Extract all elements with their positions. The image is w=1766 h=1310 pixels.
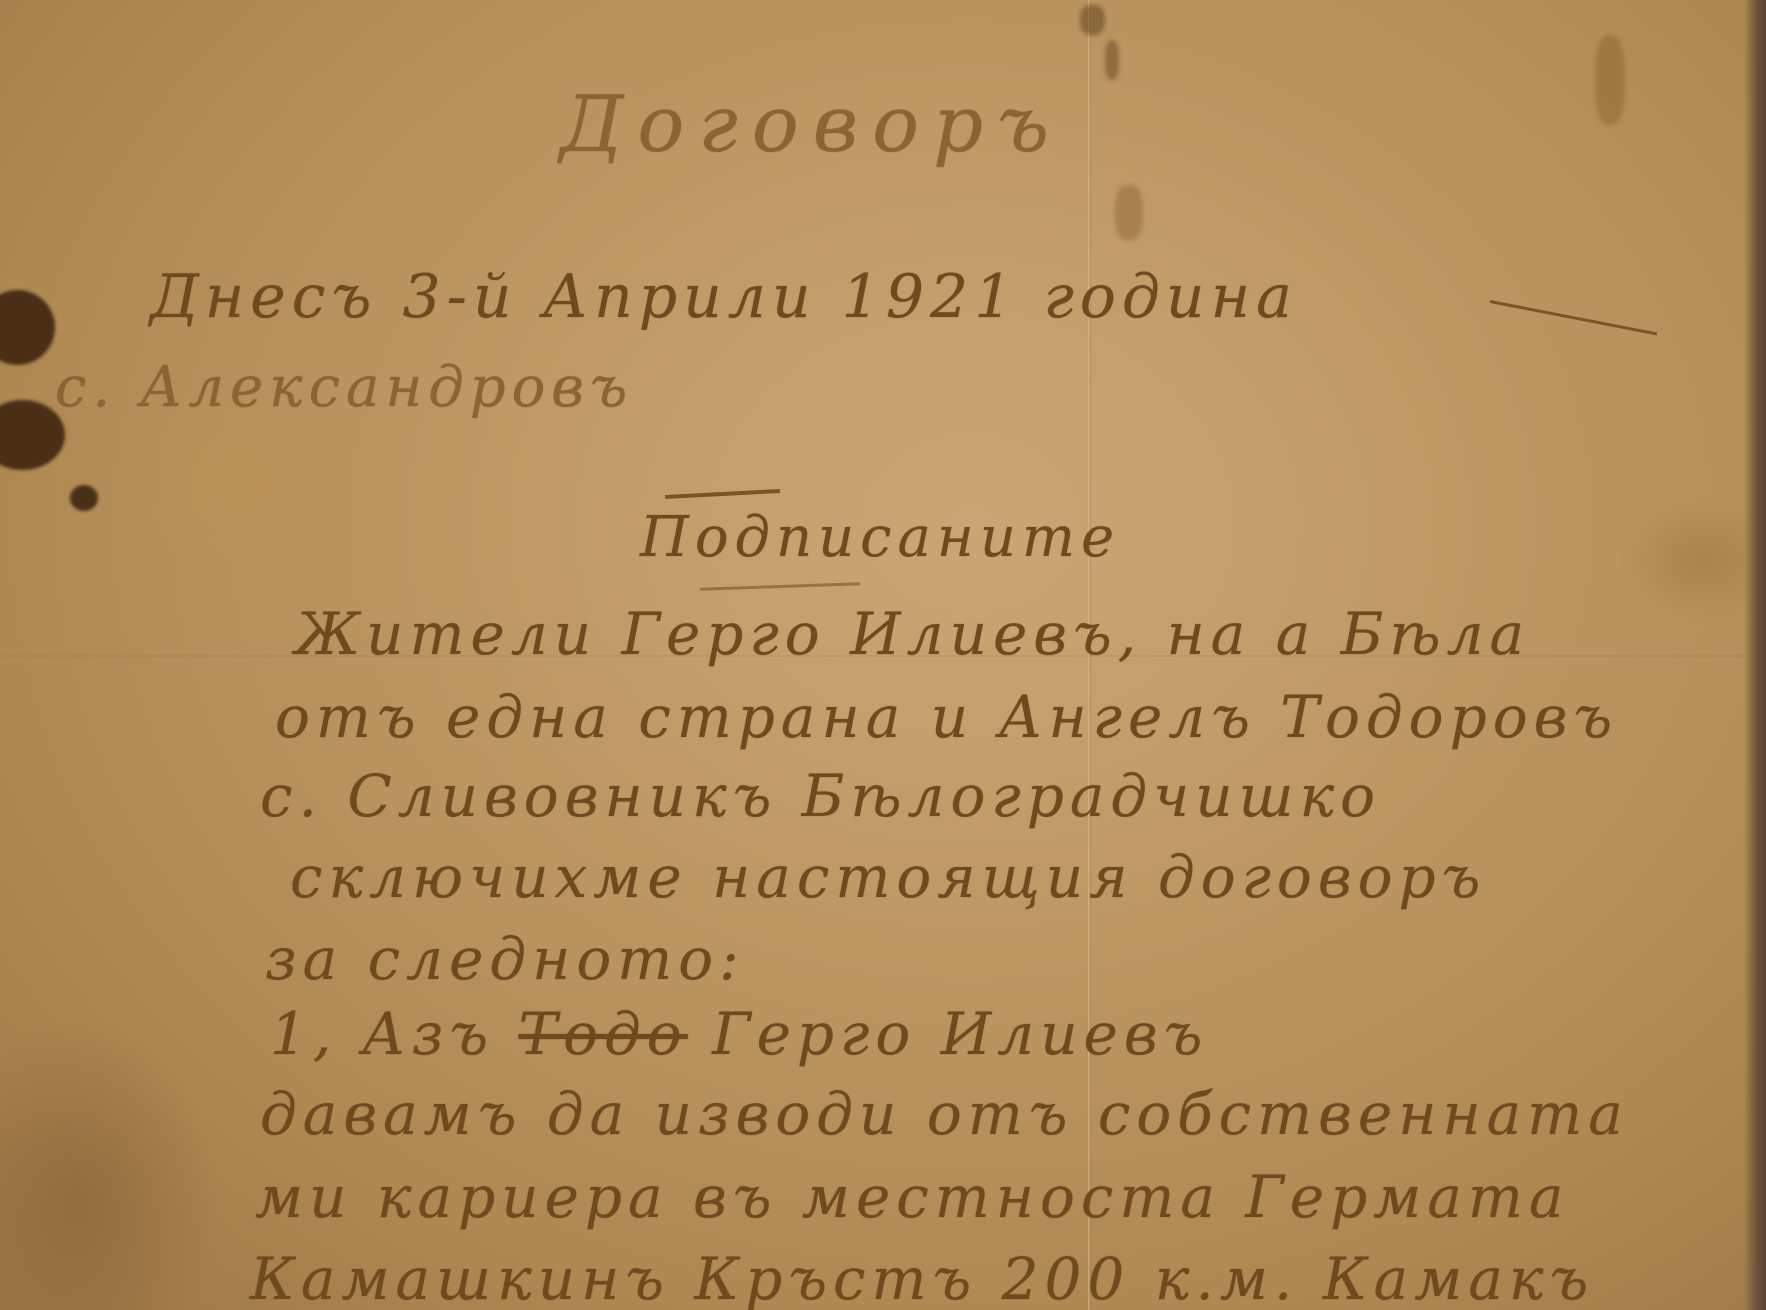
- ink-blot: [70, 485, 98, 511]
- paper-stain: [1115, 185, 1143, 240]
- struck-out-word: Тодо: [518, 1000, 687, 1068]
- body-line-3: с. Сливовникъ Бѣлоградчишко: [260, 762, 1381, 830]
- body-line-8: ми кариера въ местноста Гермата: [255, 1163, 1570, 1231]
- document-title: Договоръ: [560, 80, 1063, 170]
- paper-stain: [1105, 40, 1119, 80]
- body-line-4: сключихме настоящия договоръ: [290, 843, 1486, 911]
- signatories-heading: Подписаните: [640, 505, 1120, 570]
- place-line: с. Александровъ: [55, 355, 633, 420]
- right-edge-shadow: [1744, 0, 1766, 1310]
- date-line: Днесъ 3-й Априли 1921 година: [150, 262, 1298, 332]
- clause-1-prefix: 1, Азъ: [270, 1000, 494, 1068]
- paper-stain: [1080, 5, 1105, 35]
- body-line-7: давамъ да изводи отъ собственната: [260, 1080, 1629, 1148]
- clause-1-name: Герго Илиевъ: [712, 1000, 1208, 1068]
- body-line-1: Жители Герго Илиевъ, на а Бѣла: [295, 600, 1530, 668]
- clause-1-line: 1, Азъ Тодо Герго Илиевъ: [270, 1000, 1208, 1068]
- body-line-5: за следното:: [265, 925, 745, 993]
- body-line-2: отъ една страна и Ангелъ Тодоровъ: [275, 683, 1618, 751]
- body-line-9: Камашкинъ Кръстъ 200 к.м. Камакъ: [250, 1245, 1594, 1310]
- paper-stain: [1595, 35, 1625, 125]
